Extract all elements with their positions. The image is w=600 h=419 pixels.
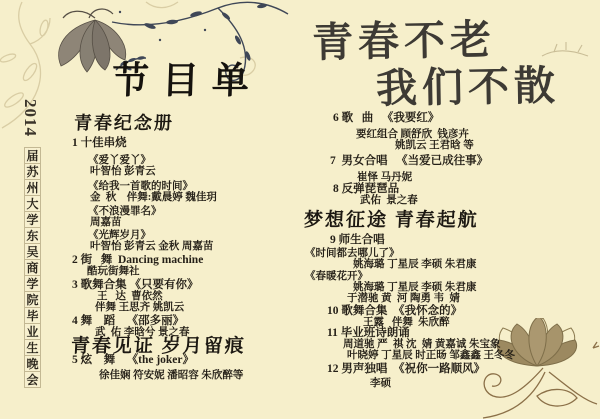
spine-char: 学 xyxy=(24,211,41,228)
song-title-line: 《爱丫爱丫》 xyxy=(71,155,306,166)
program-line: 12 男声独唱 《祝你一路顺风》 xyxy=(305,364,595,375)
program-line: 8 反弹琵琶品 xyxy=(330,184,595,195)
program-line: 2 街 舞 Dancing machine xyxy=(71,255,306,266)
performer-line: 姚凯云 王君晗 等 xyxy=(330,140,595,151)
performer-line: 周道驰 严 祺 沈 婧 黄嘉诚 朱宝象 xyxy=(305,339,595,350)
right-program-list: 6 歌 曲 《我要红》 要红组合 顾舒欣 钱彦卉 姚凯云 王君晗 等 7 男女合… xyxy=(330,110,595,206)
program-line: 7 男女合唱 《当爱已成往事》 xyxy=(330,156,595,167)
spine-char: 州 xyxy=(24,179,41,196)
program-line: 4 舞 蹈 《邵多丽》 xyxy=(71,316,306,327)
spine-char: 届 xyxy=(24,147,41,164)
song-title-line: 《不浪漫罪名》 xyxy=(71,206,306,217)
program-line: 6 歌 曲 《我要红》 xyxy=(330,113,595,124)
left-program-list-2: 5 炫 舞 《the joker》 徐佳娴 符安妮 潘昭容 朱欣醉等 xyxy=(71,355,306,381)
performer-line: 要红组合 顾舒欣 钱彦卉 xyxy=(330,129,595,140)
performer-line: 叶智怡 彭青云 金秋 周嘉苗 xyxy=(71,241,306,252)
performer-line: 叶晓婷 丁星辰 时正旸 邹鑫鑫 王冬冬 xyxy=(305,350,595,361)
program-line: 10 歌舞合集 《我怀念的》 xyxy=(305,306,595,317)
song-title-line: 《时间都去哪儿了》 xyxy=(305,248,595,259)
spine-char: 毕 xyxy=(24,307,41,324)
performer-line: 王 达 曹依然 xyxy=(71,291,306,302)
spine-char: 吴 xyxy=(24,243,41,260)
performer-line: 伴舞 王思齐 姚凯云 xyxy=(71,302,306,313)
section-header-dream: 梦想征途 青春起航 xyxy=(303,205,479,232)
program-line: 1 十佳串烧 xyxy=(71,138,306,149)
spine-char: 东 xyxy=(24,227,41,244)
right-program-list-2: 9 师生合唱 《时间都去哪儿了》 姚海璐 丁星辰 李硕 朱君康 《春暖花开》 姚… xyxy=(305,232,595,389)
song-title-line: 《给我一首歌的时间》 xyxy=(71,181,306,192)
gala-slogan-line2: 我们不散 xyxy=(375,52,560,114)
performer-line: 金 秋 伴舞:戴晨婷 魏佳玥 xyxy=(71,192,306,203)
spine-year: 2014 xyxy=(20,99,40,151)
spine-title-vertical: 届 苏 州 大 学 东 吴 商 学 院 毕 业 生 晚 会 xyxy=(24,148,41,388)
spine-char: 业 xyxy=(24,323,41,340)
spine-char: 晚 xyxy=(24,355,41,372)
spine-char: 生 xyxy=(24,339,41,356)
performer-line: 崔怿 马丹妮 xyxy=(330,172,595,183)
performer-line: 酷玩街舞社 xyxy=(71,266,306,277)
spine-char: 院 xyxy=(24,291,41,308)
spine-char: 大 xyxy=(24,195,41,212)
spine-char: 会 xyxy=(24,371,41,388)
performer-line: 姚海璐 丁星辰 李硕 朱君康 xyxy=(305,259,595,270)
performer-line: 叶智怡 彭青云 xyxy=(71,166,306,177)
program-booklet-spread: 2014 届 苏 州 大 学 东 吴 商 学 院 毕 业 生 晚 会 节目单 青… xyxy=(0,0,600,419)
section-header-memorial: 青春纪念册 xyxy=(73,109,174,135)
performer-line: 于潜驰 黄 河 陶勇 韦 婧 xyxy=(305,293,595,304)
performer-line: 周嘉苗 xyxy=(71,217,306,228)
performer-line: 徐佳娴 符安妮 潘昭容 朱欣醉等 xyxy=(71,370,306,381)
performer-line: 姚海璐 丁星辰 李硕 朱君康 xyxy=(305,282,595,293)
spine-char: 商 xyxy=(24,259,41,276)
song-title-line: 《春暖花开》 xyxy=(305,271,595,282)
song-title-line: 《光辉岁月》 xyxy=(71,230,306,241)
program-line: 5 炫 舞 《the joker》 xyxy=(71,355,306,366)
spine-char: 苏 xyxy=(24,163,41,180)
left-program-list: 1 十佳串烧 《爱丫爱丫》 叶智怡 彭青云 《给我一首歌的时间》 金 秋 伴舞:… xyxy=(71,134,306,338)
performer-line: 李硕 xyxy=(305,378,595,389)
program-line: 11 毕业班诗朗诵 xyxy=(305,328,595,339)
page-title: 节目单 xyxy=(111,50,263,104)
program-line: 3 歌舞合集 《只要有你》 xyxy=(71,280,306,291)
program-line: 9 师生合唱 xyxy=(305,235,595,246)
spine-char: 学 xyxy=(24,275,41,292)
